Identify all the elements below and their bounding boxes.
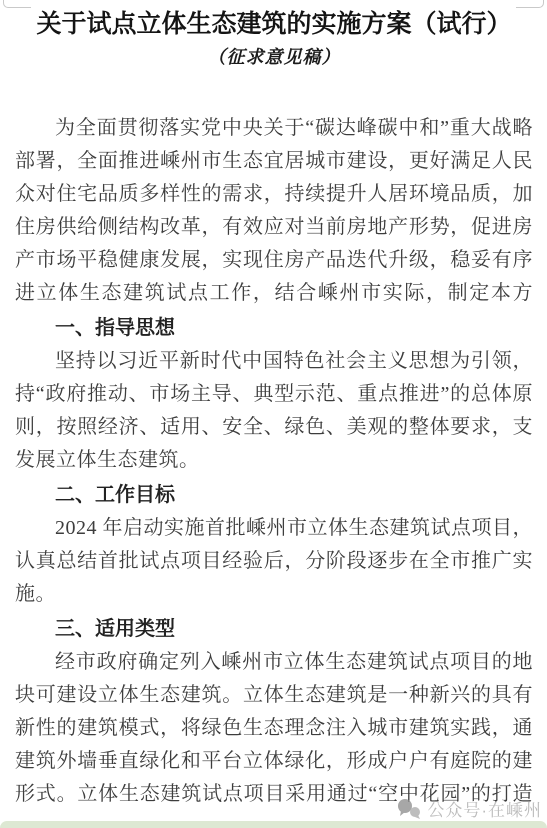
text-line: 部署，全面推进嵊州市生态宜居城市建设，更好满足人民群 (15, 145, 533, 178)
document-content: 关于试点立体生态建筑的实施方案（试行） （征求意见稿） 为全面贯彻落实党中央关于… (15, 0, 533, 811)
text-line: 2024 年启动实施首批嵊州市立体生态建筑试点项目，在 (15, 512, 533, 545)
text-line: 持“政府推动、市场主导、典型示范、重点推进”的总体原 (15, 378, 533, 411)
page-subtitle: （征求意见稿） (15, 44, 533, 70)
text-line: 新性的建筑模式，将绿色生态理念注入城市建筑实践，通过 (15, 712, 533, 745)
next-card-top-edge (0, 821, 547, 828)
page-title: 关于试点立体生态建筑的实施方案（试行） (15, 4, 533, 44)
heading-work-goals: 二、工作目标 (15, 479, 533, 512)
heading-applicable-types: 三、适用类型 (15, 613, 533, 646)
text-line: 建筑外墙垂直绿化和平台立体绿化，形成户户有庭院的建筑 (15, 745, 533, 778)
text-line: 为全面贯彻落实党中央关于“碳达峰碳中和”重大战略 (15, 112, 533, 145)
text-line: 块可建设立体生态建筑。立体生态建筑是一种新兴的具有创 (15, 679, 533, 712)
text-line: 则，按照经济、适用、安全、绿色、美观的整体要求，支持 (15, 411, 533, 444)
document-body: 为全面贯彻落实党中央关于“碳达峰碳中和”重大战略 部署，全面推进嵊州市生态宜居城… (15, 112, 533, 811)
paragraph-guiding-ideology: 坚持以习近平新时代中国特色社会主义思想为引领，秉 持“政府推动、市场主导、典型示… (15, 345, 533, 477)
text-line: 住房供给侧结构改革，有效应对当前房地产形势，促进房地 (15, 211, 533, 244)
text-line: 发展立体生态建筑。 (15, 444, 533, 477)
document-page: 关于试点立体生态建筑的实施方案（试行） （征求意见稿） 为全面贯彻落实党中央关于… (0, 0, 547, 828)
text-line: 产市场平稳健康发展，实现住房产品迭代升级，稳妥有序推 (15, 244, 533, 277)
paragraph-intro: 为全面贯彻落实党中央关于“碳达峰碳中和”重大战略 部署，全面推进嵊州市生态宜居城… (15, 112, 533, 310)
text-line: 坚持以习近平新时代中国特色社会主义思想为引领，秉 (15, 345, 533, 378)
paragraph-work-goals: 2024 年启动实施首批嵊州市立体生态建筑试点项目，在 认真总结首批试点项目经验… (15, 512, 533, 611)
paragraph-applicable-types: 经市政府确定列入嵊州市立体生态建筑试点项目的地 块可建设立体生态建筑。立体生态建… (15, 646, 533, 811)
heading-guiding-ideology: 一、指导思想 (15, 312, 533, 345)
text-line: 进立体生态建筑试点工作，结合嵊州市实际，制定本方案。 (15, 277, 533, 310)
text-line: 形式。立体生态建筑试点项目采用通过“空中花园”的打造 (15, 778, 533, 811)
text-line: 经市政府确定列入嵊州市立体生态建筑试点项目的地 (15, 646, 533, 679)
text-line: 众对住宅品质多样性的需求，持续提升人居环境品质，加快 (15, 178, 533, 211)
text-line: 施。 (15, 578, 533, 611)
text-line: 认真总结首批试点项目经验后，分阶段逐步在全市推广实 (15, 545, 533, 578)
